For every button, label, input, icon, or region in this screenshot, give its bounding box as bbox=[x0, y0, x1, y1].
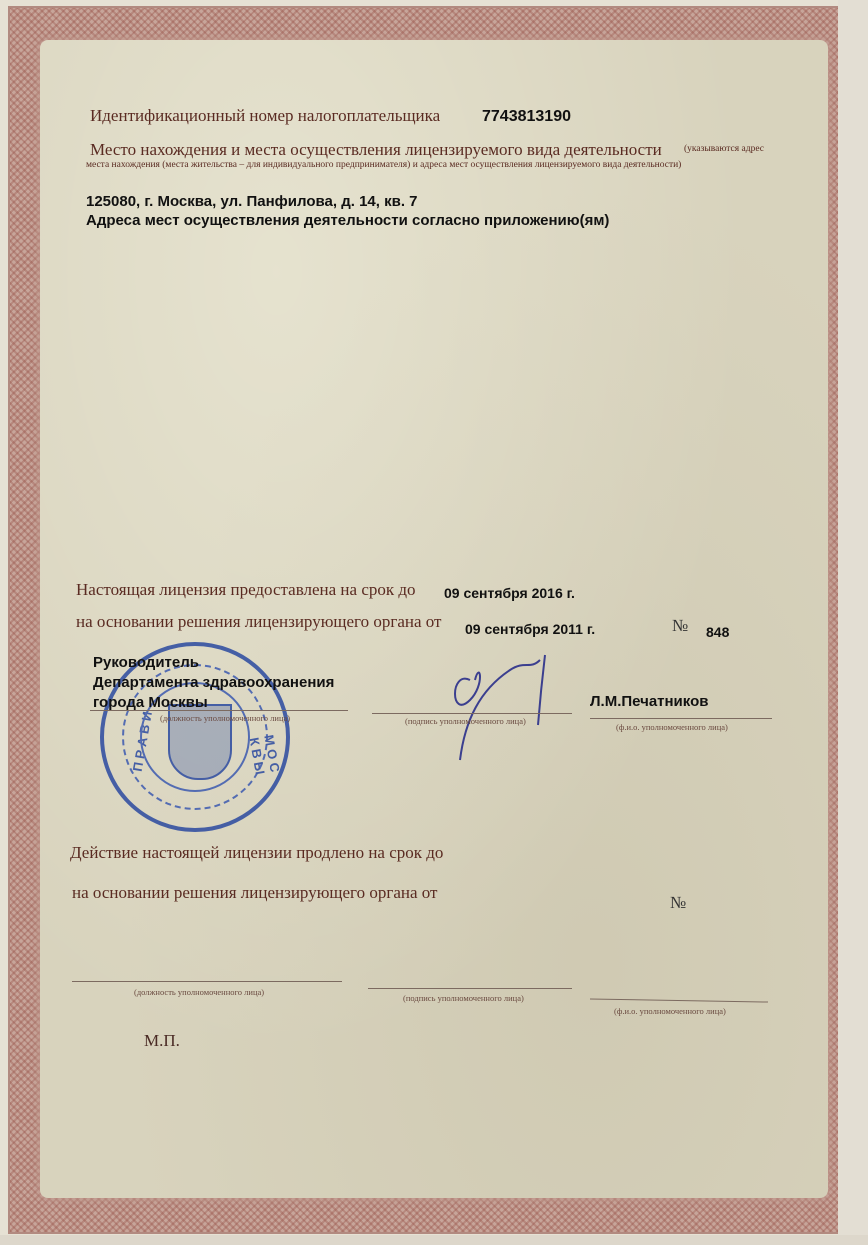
stamp-outer-text-right: М О С К В Ы bbox=[247, 734, 284, 781]
signer-position-line-3: города Москвы bbox=[93, 694, 208, 711]
decision-label: на основании решения лицензирующего орга… bbox=[76, 612, 441, 632]
address-note: Адреса мест осуществления деятельности с… bbox=[86, 212, 609, 229]
decision-number: 848 bbox=[706, 624, 729, 640]
handwritten-signature bbox=[430, 640, 570, 780]
location-label: Место нахождения и места осуществления л… bbox=[90, 140, 662, 160]
caption-position: (должность уполномоченного лица) bbox=[160, 713, 290, 723]
position-line bbox=[90, 710, 348, 711]
extension-decision-label: на основании решения лицензирующего орга… bbox=[72, 883, 437, 903]
validity-label: Настоящая лицензия предоставлена на срок… bbox=[76, 580, 416, 600]
extension-number-sign: № bbox=[670, 893, 686, 913]
signer-position-line-2: Департамента здравоохранения bbox=[93, 674, 334, 691]
extension-signature-line bbox=[368, 988, 572, 989]
extension-caption-signature: (подпись уполномоченного лица) bbox=[403, 993, 524, 1003]
inn-value: 7743813190 bbox=[482, 108, 571, 126]
decision-date: 09 сентября 2011 г. bbox=[465, 621, 595, 637]
extension-caption-name: (ф.и.о. уполномоченного лица) bbox=[614, 1006, 726, 1016]
caption-signature: (подпись уполномоченного лица) bbox=[405, 716, 526, 726]
number-sign: № bbox=[672, 616, 688, 636]
signature-line bbox=[372, 713, 572, 714]
inn-label: Идентификационный номер налогоплательщик… bbox=[90, 106, 440, 126]
location-note-2: места нахождения (места жительства – для… bbox=[86, 160, 681, 170]
extension-caption-position: (должность уполномоченного лица) bbox=[134, 987, 264, 997]
extension-label: Действие настоящей лицензии продлено на … bbox=[70, 843, 443, 863]
location-note-1: (указываются адрес bbox=[684, 144, 764, 154]
signer-name: Л.М.Печатников bbox=[590, 693, 708, 710]
background-strip bbox=[838, 0, 868, 1245]
address-line: 125080, г. Москва, ул. Панфилова, д. 14,… bbox=[86, 193, 418, 210]
validity-value: 09 сентября 2016 г. bbox=[444, 585, 575, 601]
caption-name: (ф.и.о. уполномоченного лица) bbox=[616, 722, 728, 732]
extension-position-line bbox=[72, 981, 342, 982]
name-line bbox=[590, 718, 772, 719]
document-sheet: Идентификационный номер налогоплательщик… bbox=[0, 0, 868, 1245]
signer-position-line-1: Руководитель bbox=[93, 654, 199, 671]
background-strip-bottom bbox=[0, 1235, 868, 1245]
stamp-outer-text: П Р А В И bbox=[130, 710, 155, 772]
seal-label: М.П. bbox=[144, 1031, 180, 1051]
